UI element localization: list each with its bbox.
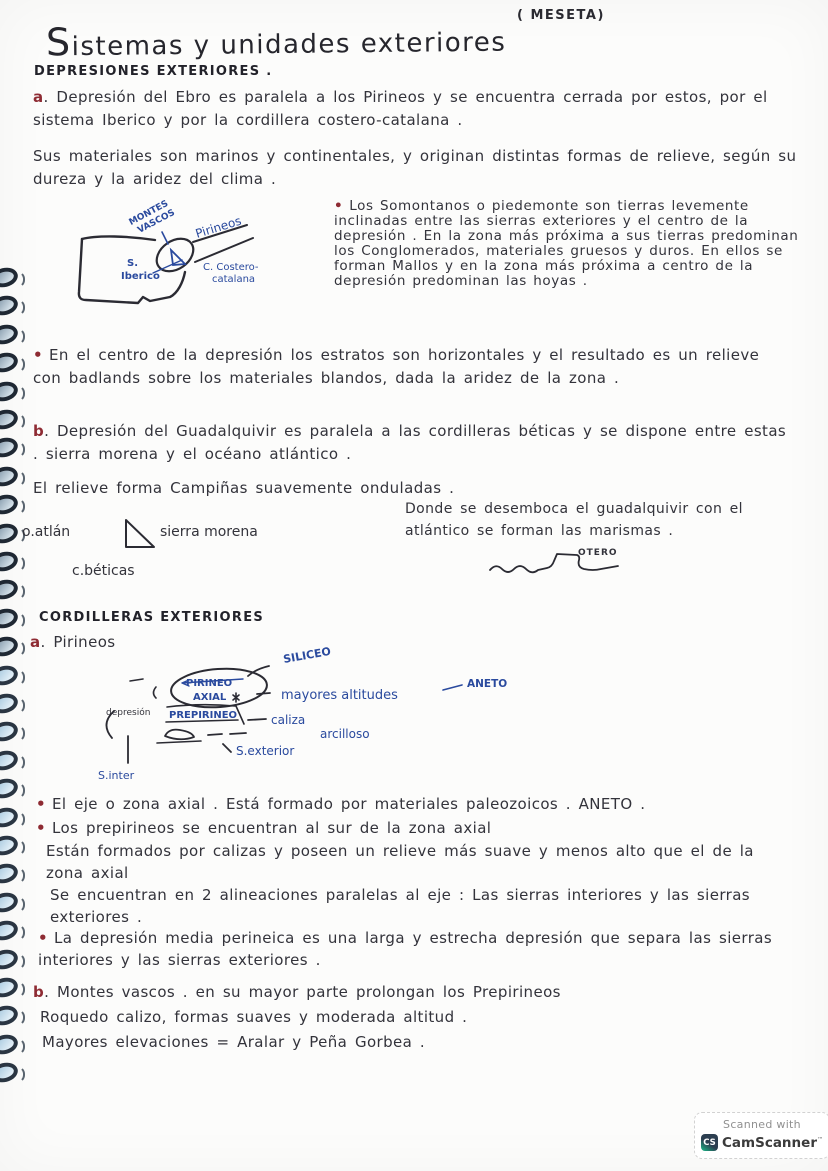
heading-cordilleras-exteriores: CORDILLERAS EXTERIORES [39, 610, 264, 625]
spiral-ring [0, 978, 18, 997]
spiral-ring [0, 950, 18, 969]
paragraph-guadalquivir-text: . Depresión del Guadalquivir es paralela… [33, 422, 786, 463]
spiral-ring [0, 580, 18, 599]
item-marker-a: a [30, 633, 41, 651]
bullet-depresion-media: •La depresión media perineica es una lar… [38, 927, 802, 971]
bullet-eje-text: El eje o zona axial . Está formado por m… [52, 795, 645, 813]
label-s-iberico-1: S. [127, 258, 138, 269]
montes-vascos-arrow [162, 232, 168, 244]
spiral-ring [0, 609, 18, 628]
scanned-notebook-page: Sistemas y unidades exteriores ( MESETA)… [0, 0, 828, 1171]
item-marker-b: b [33, 983, 44, 1001]
spiral-ring [0, 864, 18, 883]
ebro-triangle [171, 250, 185, 265]
mayores-pointer-line [257, 693, 270, 694]
label-costero-2: catalana [212, 274, 255, 285]
pirineos-structure-diagram: SILICEO PIRINEO AXIAL mayores altitudes … [88, 645, 528, 795]
camscanner-brand-text: CamScanner [722, 1135, 817, 1151]
heading-depresiones-exteriores: DEPRESIONES EXTERIORES . [34, 64, 272, 79]
spiral-ring [0, 495, 18, 514]
label-s-exterior: S.exterior [236, 744, 294, 758]
label-aneto: ANETO [467, 678, 507, 690]
label-axial: AXIAL [193, 692, 227, 703]
page-title: Sistemas y unidades exteriores [46, 16, 507, 65]
otero-sketch: OTERO [486, 544, 638, 582]
spiral-ring [0, 438, 18, 457]
label-oceano-atlantico: o.atlán [22, 524, 70, 540]
spiral-ring [0, 694, 18, 713]
label-siliceo: SILICEO [282, 645, 332, 666]
item-marker-a: a [33, 88, 44, 106]
spiral-ring [0, 1006, 18, 1025]
label-otero: OTERO [578, 548, 618, 558]
spiral-ring [0, 467, 18, 486]
camscanner-brand: CamScanner™ [722, 1135, 823, 1151]
bullet-dot: • [36, 795, 46, 813]
spiral-ring [0, 836, 18, 855]
arcilloso-dashes [208, 733, 246, 735]
coast-triangle [126, 520, 154, 547]
spiral-ring [0, 325, 18, 344]
camscanner-logo-icon: CS [701, 1134, 718, 1151]
spiral-ring [0, 893, 18, 912]
paragraph-depresion-guadalquivir: b. Depresión del Guadalquivir es paralel… [33, 420, 795, 466]
label-costero-1: C. Costero- [203, 262, 259, 273]
spiral-ring [0, 1063, 18, 1082]
bullet-dot: • [33, 346, 43, 364]
paragraph-depresion-ebro-text: . Depresión del Ebro es paralela a los P… [33, 88, 768, 129]
spiral-ring [0, 808, 18, 827]
label-prepirineo: PREPIRINEO [169, 710, 237, 721]
line-alineaciones: Se encuentran en 2 alineaciones paralela… [50, 884, 752, 928]
spiral-ring [0, 921, 18, 940]
caliza-pointer-line [248, 719, 266, 720]
spiral-ring [0, 268, 18, 287]
label-pirineos: Pirineos [194, 214, 243, 241]
spiral-ring [0, 637, 18, 656]
spiral-ring [0, 722, 18, 741]
label-sierra-morena: sierra morena [160, 524, 258, 540]
peninsula-top-edge [82, 236, 155, 240]
paragraph-materiales: Sus materiales son marinos y continental… [33, 145, 799, 191]
line-roquedo-calizo: Roquedo calizo, formas suaves y moderada… [40, 1006, 780, 1028]
trademark-symbol: ™ [817, 1136, 823, 1143]
paragraph-campinas: El relieve forma Campiñas suavemente ond… [33, 477, 795, 500]
spiral-ring [0, 779, 18, 798]
label-s-inter: S.inter [98, 769, 135, 782]
bullet-somontanos-text: Los Somontanos o piedemonte son tierras … [334, 198, 798, 289]
spiral-ring [0, 666, 18, 685]
title-annotation: ( MESETA) [517, 8, 605, 23]
s-exterior-pointer [223, 744, 231, 752]
paragraph-marismas: Donde se desemboca el guadalquivir con e… [405, 498, 805, 542]
item-montes-vascos: b. Montes vascos . en su mayor parte pro… [33, 981, 799, 1003]
camscanner-brand-row: CS CamScanner™ [701, 1134, 823, 1151]
bullet-somontanos: •Los Somontanos o piedemonte son tierras… [334, 199, 804, 288]
item-montes-vascos-line1: . Montes vascos . en su mayor parte prol… [44, 983, 561, 1001]
bullet-depresion-media-text: La depresión media perineica es una larg… [38, 929, 772, 969]
label-mayores-altitudes: mayores altitudes [281, 688, 398, 703]
bullet-dot: • [36, 819, 46, 837]
bullet-prepirineos: •Los prepirineos se encuentran al sur de… [36, 817, 808, 839]
spiral-ring [0, 296, 18, 315]
spiral-ring [0, 751, 18, 770]
left-tick-marks [130, 679, 156, 698]
bullet-centro-text: En el centro de la depresión los estrato… [33, 346, 759, 387]
line-mayores-elevaciones: Mayores elevaciones = Aralar y Peña Gorb… [42, 1031, 782, 1053]
label-c-beticas: c.béticas [72, 563, 135, 579]
bullet-prepirineos-text: Los prepirineos se encuentran al sur de … [52, 819, 491, 837]
ebro-depression-sketch: MONTES VASCOS Pirineos S. Iberico C. Cos… [58, 196, 358, 344]
left-bracket-and-stem [106, 711, 128, 763]
line-formados-calizas: Están formados por calizas y poseen un r… [46, 840, 758, 884]
spiral-ring [0, 382, 18, 401]
spiral-ring [0, 410, 18, 429]
label-caliza: caliza [271, 713, 305, 727]
fold-underline [157, 741, 201, 743]
aneto-pointer-line [443, 685, 462, 690]
spiral-ring [0, 552, 18, 571]
spiral-ring [0, 353, 18, 372]
guadalquivir-sketch: o.atlán sierra morena c.béticas [20, 514, 300, 586]
paragraph-depresion-ebro: a. Depresión del Ebro es paralela a los … [33, 86, 799, 132]
camscanner-badge: Scanned with CS CamScanner™ [694, 1112, 828, 1159]
bullet-centro-depresion: •En el centro de la depresión los estrat… [33, 344, 795, 390]
bullet-dot: • [38, 929, 48, 947]
axial-asterisk-mark [233, 693, 239, 702]
bullet-eje-axial: •El eje o zona axial . Está formado por … [36, 793, 808, 815]
spiral-ring [0, 1035, 18, 1054]
scanned-with-label: Scanned with [701, 1118, 823, 1131]
spiral-ring [0, 524, 18, 543]
bullet-dot: • [334, 198, 343, 214]
item-marker-b: b [33, 422, 44, 440]
fold-scribble [165, 730, 194, 740]
label-arcilloso: arcilloso [320, 727, 370, 741]
